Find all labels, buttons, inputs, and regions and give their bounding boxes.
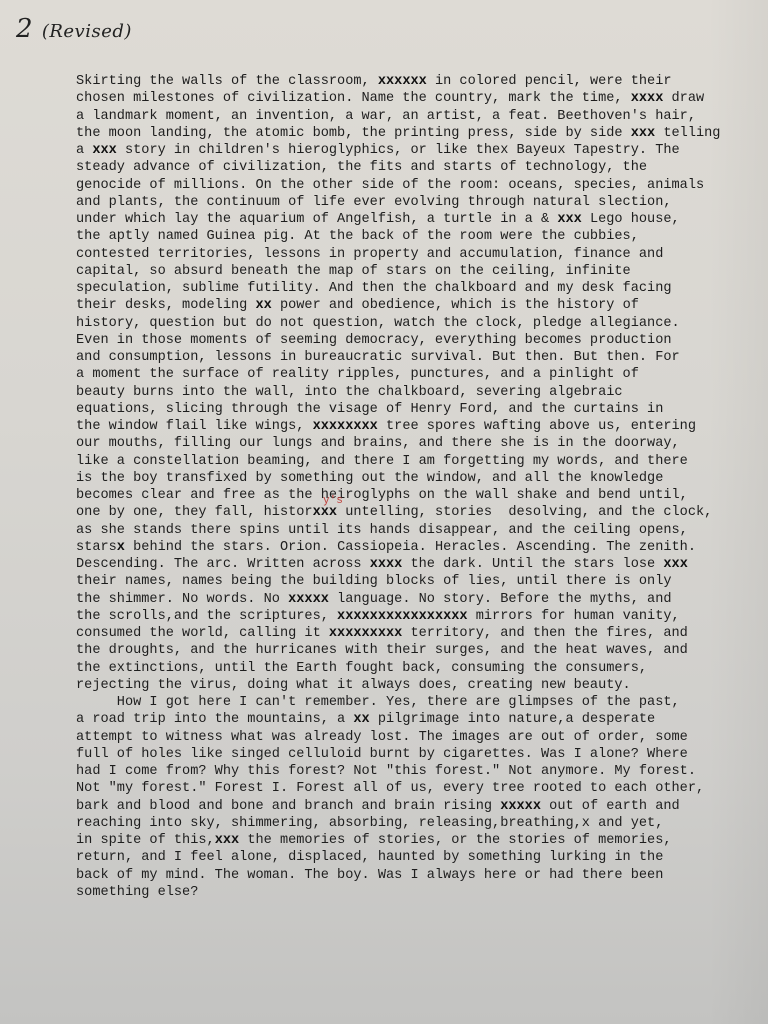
text-line: full of holes like singed celluloid burn… [76, 746, 766, 763]
page-number: 2 [16, 14, 33, 44]
struck-out-text: xxxxxxxxx [329, 626, 402, 641]
text-line: reaching into sky, shimmering, absorbing… [76, 815, 766, 832]
text-line: something else? [76, 884, 766, 901]
text-line: a road trip into the mountains, a xx pil… [76, 711, 766, 728]
struck-out-text: x [117, 540, 125, 555]
typewritten-text-body: Skirting the walls of the classroom, xxx… [76, 73, 766, 901]
text-line: the moon landing, the atomic bomb, the p… [76, 125, 766, 142]
struck-out-text: xx [255, 298, 271, 313]
struck-out-text: xx [353, 712, 369, 727]
text-line: and consumption, lessons in bureaucratic… [76, 349, 766, 366]
text-line: our mouths, filling our lungs and brains… [76, 435, 766, 452]
text-line: the droughts, and the hurricanes with th… [76, 642, 766, 659]
struck-out-text: xxxxx [288, 592, 329, 607]
text-line: a landmark moment, an invention, a war, … [76, 108, 766, 125]
text-line: Even in those moments of seeming democra… [76, 332, 766, 349]
text-line: the shimmer. No words. No xxxxx language… [76, 591, 766, 608]
text-line: How I got here I can't remember. Yes, th… [76, 694, 766, 711]
text-line: back of my mind. The woman. The boy. Was… [76, 867, 766, 884]
text-line: beauty burns into the wall, into the cha… [76, 384, 766, 401]
text-line: becomes clear and free as the heiroglyph… [76, 487, 766, 504]
text-line: as she stands there spins until its hand… [76, 522, 766, 539]
text-line: in spite of this,xxx the memories of sto… [76, 832, 766, 849]
text-line: a xxx story in children's hieroglyphics,… [76, 142, 766, 159]
text-line: their names, names being the building bl… [76, 573, 766, 590]
text-line: the extinctions, until the Earth fought … [76, 660, 766, 677]
struck-out-text: xxx [631, 126, 655, 141]
text-line: is the boy transfixed by something out t… [76, 470, 766, 487]
struck-out-text: xxx [663, 557, 687, 572]
text-line: chosen milestones of civilization. Name … [76, 90, 766, 107]
text-line: the window flail like wings, xxxxxxxx tr… [76, 418, 766, 435]
text-line: history, question but do not question, w… [76, 315, 766, 332]
struck-out-text: xxxxxxxxxxxxxxxx [337, 609, 468, 624]
struck-out-text: xxxx [631, 91, 664, 106]
text-line: Descending. The arc. Written across xxxx… [76, 556, 766, 573]
struck-out-text: xxx [92, 143, 116, 158]
handwritten-page-label: 2 (Revised) [16, 14, 132, 44]
text-line: capital, so absurd beneath the map of st… [76, 263, 766, 280]
text-line: starsx behind the stars. Orion. Cassiope… [76, 539, 766, 556]
text-line: steady advance of civilization, the fits… [76, 159, 766, 176]
text-line: rejecting the virus, doing what it alway… [76, 677, 766, 694]
text-line: speculation, sublime futility. And then … [76, 280, 766, 297]
text-line: the aptly named Guinea pig. At the back … [76, 228, 766, 245]
text-line: equations, slicing through the visage of… [76, 401, 766, 418]
text-line: bark and blood and bone and branch and b… [76, 798, 766, 815]
handwritten-correction: y's [323, 495, 343, 507]
text-line: Skirting the walls of the classroom, xxx… [76, 73, 766, 90]
revision-note: (Revised) [42, 21, 132, 42]
struck-out-text: xxxx [370, 557, 403, 572]
struck-out-text: xxxxxxxx [313, 419, 378, 434]
text-line: and plants, the continuum of life ever e… [76, 194, 766, 211]
text-line: return, and I feel alone, displaced, hau… [76, 849, 766, 866]
text-line: contested territories, lessons in proper… [76, 246, 766, 263]
text-line: had I come from? Why this forest? Not "t… [76, 763, 766, 780]
struck-out-text: xxxxxx [378, 74, 427, 89]
text-line: the scrolls,and the scriptures, xxxxxxxx… [76, 608, 766, 625]
text-line: their desks, modeling xx power and obedi… [76, 297, 766, 314]
text-line: one by one, they fall, historxxx untelli… [76, 504, 766, 521]
text-line: attempt to witness what was already lost… [76, 729, 766, 746]
struck-out-text: xxx [313, 505, 337, 520]
struck-out-text: xxxxx [500, 799, 541, 814]
text-line: genocide of millions. On the other side … [76, 177, 766, 194]
text-line: Not "my forest." Forest I. Forest all of… [76, 780, 766, 797]
text-line: like a constellation beaming, and there … [76, 453, 766, 470]
text-line: under which lay the aquarium of Angelfis… [76, 211, 766, 228]
struck-out-text: xxx [215, 833, 239, 848]
text-line: a moment the surface of reality ripples,… [76, 366, 766, 383]
struck-out-text: xxx [557, 212, 581, 227]
text-line: consumed the world, calling it xxxxxxxxx… [76, 625, 766, 642]
